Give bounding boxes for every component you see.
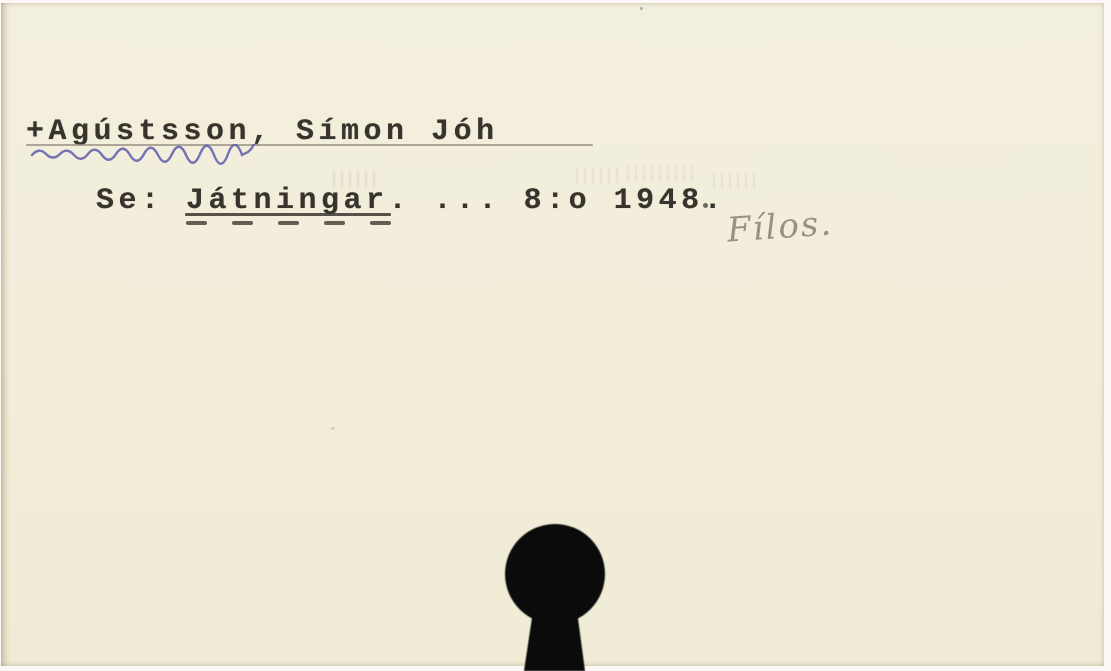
heading-line: +Agústsson, Símon Jóh — [26, 117, 499, 147]
title-underline-dash — [324, 221, 345, 225]
scanned-card-image: +Agústsson, Símon Jóh Se: Játningar. ...… — [0, 0, 1111, 671]
wavy-underline-ink — [29, 144, 265, 166]
ink-speck — [703, 203, 708, 208]
reference-line: Se: Játningar. ... 8:o 1948. — [96, 186, 726, 216]
ink-speck — [331, 427, 335, 430]
handwritten-annotation: Fílos. — [726, 203, 835, 250]
title-underline-dash — [278, 221, 299, 225]
title-underline-dash — [232, 221, 253, 225]
ink-speck — [640, 7, 643, 10]
see-label: Se: — [96, 184, 186, 218]
title-underline-dash — [370, 221, 391, 225]
ink-ghost-mark — [333, 170, 375, 188]
title-underline — [185, 213, 391, 216]
keyhole-punch-icon — [495, 518, 615, 671]
ink-ghost-mark — [713, 173, 761, 189]
ink-ghost-mark — [576, 168, 618, 183]
reference-rest: . ... 8:o 1948. — [389, 184, 727, 218]
ink-ghost-mark — [627, 164, 697, 182]
title-underline-dash — [186, 221, 207, 225]
